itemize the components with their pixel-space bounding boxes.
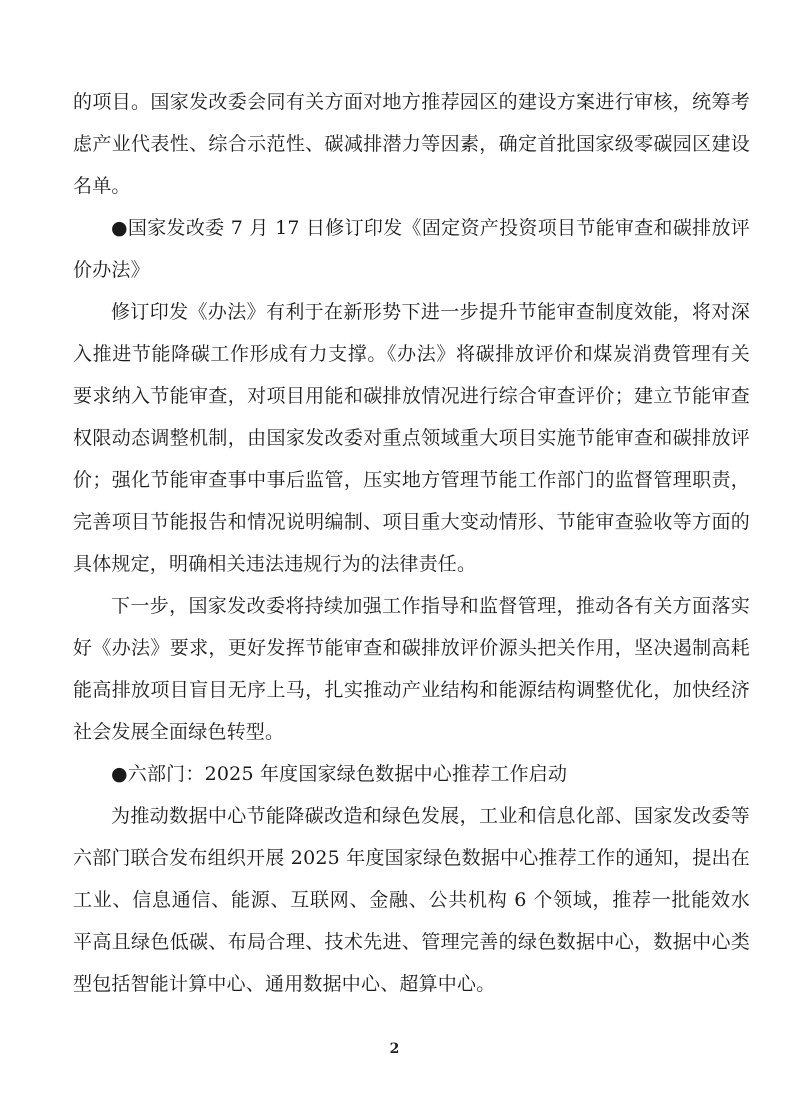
paragraph-next-steps: 下一步，国家发改委将持续加强工作指导和监督管理，推动各有关方面落实好《办法》要求…	[73, 585, 750, 753]
paragraph-measures-revision-details: 修订印发《办法》有利于在新形势下进一步提升节能审查制度效能，将对深入推进节能降碳…	[73, 291, 750, 585]
paragraph-continuation: 的项目。国家发改委会同有关方面对地方推荐园区的建设方案进行审核，统筹考虑产业代表…	[73, 81, 750, 207]
bullet-heading-green-data-center: ●六部门：2025 年度国家绿色数据中心推荐工作启动	[73, 753, 750, 795]
document-page: 的项目。国家发改委会同有关方面对地方推荐园区的建设方案进行审核，统筹考虑产业代表…	[0, 0, 789, 1113]
page-number: 2	[390, 1041, 400, 1057]
paragraph-green-data-center-details: 为推动数据中心节能降碳改造和绿色发展，工业和信息化部、国家发改委等六部门联合发布…	[73, 795, 750, 1005]
document-body: 的项目。国家发改委会同有关方面对地方推荐园区的建设方案进行审核，统筹考虑产业代表…	[73, 81, 750, 1005]
page-footer: 2	[0, 1038, 789, 1057]
bullet-heading-energy-review-measures: ●国家发改委 7 月 17 日修订印发《固定资产投资项目节能审查和碳排放评价办法…	[73, 207, 750, 291]
